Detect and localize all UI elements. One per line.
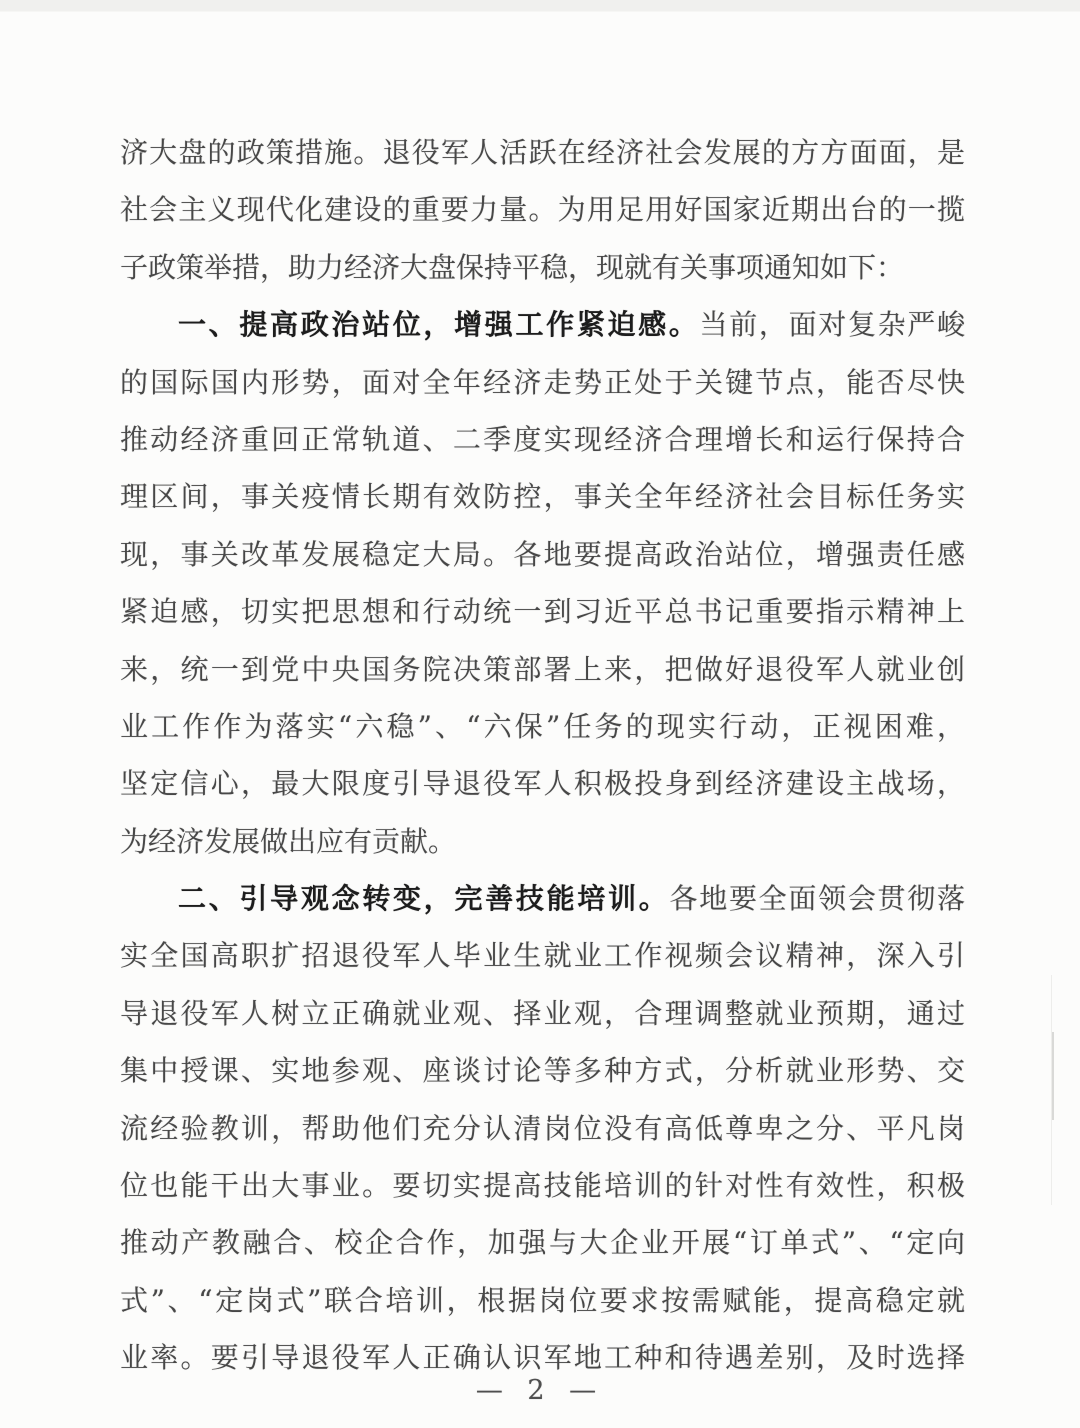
text-line: 紧迫感，切实把思想和行动统一到习近平总书记重要指示精神上 (120, 583, 965, 640)
text-line: 来，统一到党中央国务院决策部署上来，把做好退役军人就业创 (120, 641, 965, 698)
text-line: 业工作作为落实“六稳”、“六保”任务的现实行动，正视困难， (120, 698, 965, 755)
text-line-content: 济大盘的政策措施。退役军人活跃在经济社会发展的方方面面，是 (120, 136, 965, 169)
text-line-content: 实全国高职扩招退役军人毕业生就业工作视频会议精神，深入引 (120, 939, 965, 972)
text-line-content: 位也能干出大事业。要切实提高技能培训的针对性有效性，积极 (120, 1169, 965, 1202)
text-line: 济大盘的政策措施。退役军人活跃在经济社会发展的方方面面，是 (120, 124, 965, 181)
text-line: 子政策举措，助力经济大盘保持平稳，现就有关事项通知如下： (120, 239, 965, 296)
text-line: 推动经济重回正常轨道、二季度实现经济合理增长和运行保持合 (120, 411, 965, 468)
section-heading-line: 二、引导观念转变，完善技能培训。各地要全面领会贯彻落 (120, 870, 965, 927)
text-line-content: 的国际国内形势，面对全年经济走势正处于关键节点，能否尽快 (120, 366, 965, 399)
text-line-content: 社会主义现代化建设的重要力量。为用足用好国家近期出台的一揽 (120, 193, 965, 226)
text-line-content: 式”、“定岗式”联合培训，根据岗位要求按需赋能，提高稳定就 (120, 1284, 965, 1317)
text-line: 推动产教融合、校企合作，加强与大企业开展“订单式”、“定向 (120, 1214, 965, 1271)
scan-top-band (0, 0, 1080, 12)
section-heading-label: 一、提高政治站位，增强工作紧迫感。 (178, 308, 700, 341)
section-heading-label: 二、引导观念转变，完善技能培训。 (178, 882, 670, 915)
text-line: 的国际国内形势，面对全年经济走势正处于关键节点，能否尽快 (120, 354, 965, 411)
text-line: 流经验教训，帮助他们充分认清岗位没有高低尊卑之分、平凡岗 (120, 1100, 965, 1157)
page-number: — 2 — (0, 1368, 1080, 1414)
text-line: 坚定信心，最大限度引导退役军人积极投身到经济建设主战场， (120, 755, 965, 812)
text-line: 集中授课、实地参观、座谈讨论等多种方式，分析就业形势、交 (120, 1042, 965, 1099)
text-line-content: 集中授课、实地参观、座谈讨论等多种方式，分析就业形势、交 (120, 1054, 965, 1087)
text-line: 实全国高职扩招退役军人毕业生就业工作视频会议精神，深入引 (120, 927, 965, 984)
document-text-block: 济大盘的政策措施。退役军人活跃在经济社会发展的方方面面，是社会主义现代化建设的重… (120, 124, 965, 1387)
text-line-content: 推动经济重回正常轨道、二季度实现经济合理增长和运行保持合 (120, 423, 965, 456)
text-line-content: 现，事关改革发展稳定大局。各地要提高政治站位，增强责任感 (120, 538, 965, 571)
text-line-content: 坚定信心，最大限度引导退役军人积极投身到经济建设主战场， (120, 767, 965, 800)
text-line-content: 子政策举措，助力经济大盘保持平稳，现就有关事项通知如下： (120, 251, 904, 284)
text-line: 社会主义现代化建设的重要力量。为用足用好国家近期出台的一揽 (120, 181, 965, 238)
text-line: 为经济发展做出应有贡献。 (120, 813, 965, 870)
text-line: 位也能干出大事业。要切实提高技能培训的针对性有效性，积极 (120, 1157, 965, 1214)
text-line-content: 导退役军人树立正确就业观、择业观，合理调整就业预期，通过 (120, 997, 965, 1030)
text-line: 式”、“定岗式”联合培训，根据岗位要求按需赋能，提高稳定就 (120, 1272, 965, 1329)
text-line-content: 紧迫感，切实把思想和行动统一到习近平总书记重要指示精神上 (120, 595, 965, 628)
text-line-content: 各地要全面领会贯彻落 (670, 882, 965, 915)
text-line-content: 流经验教训，帮助他们充分认清岗位没有高低尊卑之分、平凡岗 (120, 1112, 965, 1145)
text-line: 理区间，事关疫情长期有效防控，事关全年经济社会目标任务实 (120, 468, 965, 525)
text-line-content: 业工作作为落实“六稳”、“六保”任务的现实行动，正视困难， (120, 710, 965, 743)
text-line-content: 理区间，事关疫情长期有效防控，事关全年经济社会目标任务实 (120, 480, 965, 513)
text-line: 导退役军人树立正确就业观、择业观，合理调整就业预期，通过 (120, 985, 965, 1042)
scan-artifact-line (1052, 1032, 1054, 1120)
text-line-content: 推动产教融合、校企合作，加强与大企业开展“订单式”、“定向 (120, 1226, 965, 1259)
text-line-content: 为经济发展做出应有贡献。 (120, 825, 456, 858)
text-line: 现，事关改革发展稳定大局。各地要提高政治站位，增强责任感 (120, 526, 965, 583)
section-heading-line: 一、提高政治站位，增强工作紧迫感。当前，面对复杂严峻 (120, 296, 965, 353)
text-line-content: 当前，面对复杂严峻 (700, 308, 965, 341)
text-line-content: 来，统一到党中央国务院决策部署上来，把做好退役军人就业创 (120, 653, 965, 686)
